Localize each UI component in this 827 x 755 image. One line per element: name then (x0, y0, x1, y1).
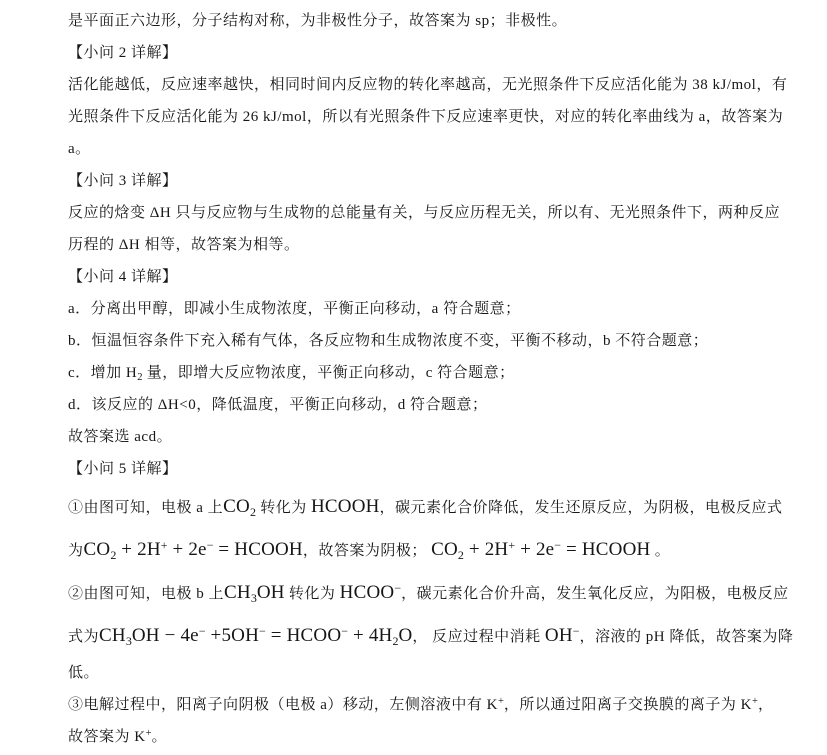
text-run: a．分离出甲醇，即减小生成物浓度，平衡正向移动，a 符合题意； (68, 301, 521, 317)
formula-run: + 4H (348, 625, 392, 646)
doc-line: 式为CH3OH − 4e− +5OH− = HCOO− + 4H2O， 反应过程… (68, 614, 765, 657)
formula-run: + 2H (464, 539, 508, 560)
text-run: 【小问 3 详解】 (68, 173, 178, 189)
text-run: 转化为 (256, 500, 311, 516)
doc-line: 低。 (68, 657, 765, 689)
section-heading: 【小问 5 详解】 (68, 453, 765, 485)
text-run: 历程的 ΔH 相等，故答案为相等。 (68, 237, 299, 253)
text-run: ，所以通过阳离子交换膜的离子为 K (504, 697, 752, 713)
formula-run: HCOOH (311, 496, 380, 517)
text-run: 【小问 5 详解】 (68, 461, 178, 477)
superscript-run: + (752, 696, 758, 707)
text-run: 量，即增大反应物浓度，平衡正向移动，c 符合题意； (143, 365, 515, 381)
formula-run: CH (224, 582, 251, 603)
formula-run: − (259, 624, 266, 638)
doc-line: ③电解过程中，阳离子向阴极（电极 a）移动，左侧溶液中有 K+，所以通过阳离子交… (68, 689, 765, 721)
text-run: ，碳元素化合价降低，发生还原反应，为阴极，电极反应式 (380, 500, 783, 516)
doc-line: b．恒温恒容条件下充入稀有气体，各反应物和生成物浓度不变，平衡不移动，b 不符合… (68, 325, 765, 357)
formula-run: CH (99, 625, 126, 646)
text-run: 【小问 4 详解】 (68, 269, 178, 285)
text-run: 低。 (68, 665, 99, 681)
doc-line: c．增加 H2 量，即增大反应物浓度，平衡正向移动，c 符合题意； (68, 357, 765, 389)
doc-line: ②由图可知，电极 b 上CH3OH 转化为 HCOO−，碳元素化合价升高，发生氧… (68, 571, 765, 614)
text-run: 为 (68, 543, 84, 559)
formula-run: HCOO (340, 582, 395, 603)
formula-run: − (341, 624, 348, 638)
formula-run: +5OH (206, 625, 259, 646)
formula-run: + 2H (116, 539, 160, 560)
formula-run: − (207, 538, 214, 552)
doc-line: ①由图可知，电极 a 上CO2 转化为 HCOOH，碳元素化合价降低，发生还原反… (68, 485, 765, 528)
doc-line: 光照条件下反应活化能为 26 kJ/mol，所以有光照条件下反应速率更快，对应的… (68, 101, 765, 133)
text-run: 是平面正六边形，分子结构对称，为非极性分子，故答案为 sp；非极性。 (68, 13, 567, 29)
text-run: 故答案选 acd。 (68, 429, 172, 445)
doc-line: 为CO2 + 2H+ + 2e− = HCOOH，故答案为阴极； CO2 + 2… (68, 528, 765, 571)
formula-run: 2 (392, 634, 398, 648)
text-run: 故答案为 K (68, 729, 146, 745)
text-run: 【小问 2 详解】 (68, 45, 178, 61)
text-run: ， 反应过程中消耗 (412, 629, 545, 645)
page-background: { "page": { "background": "#ffffff", "te… (0, 0, 827, 755)
formula-run: = HCOOH (213, 539, 302, 560)
text-run: b．恒温恒容条件下充入稀有气体，各反应物和生成物浓度不变，平衡不移动，b 不符合… (68, 333, 708, 349)
text-run: 活化能越低，反应速率越快，相同时间内反应物的转化率越高，无光照条件下反应活化能为… (68, 77, 787, 93)
formula-run: OH (257, 582, 285, 603)
formula-run: − (554, 538, 561, 552)
formula-run: = HCOO (266, 625, 341, 646)
formula-run: 3 (251, 591, 257, 605)
doc-line: 是平面正六边形，分子结构对称，为非极性分子，故答案为 sp；非极性。 (68, 5, 765, 37)
section-heading: 【小问 2 详解】 (68, 37, 765, 69)
formula-run: CO (431, 539, 458, 560)
formula-run: = HCOOH (561, 539, 650, 560)
text-run: ②由图可知，电极 b 上 (68, 586, 224, 602)
doc-line: a。 (68, 133, 765, 165)
text-run: ，故答案为阴极； (303, 543, 431, 559)
formula-run: CO (84, 539, 111, 560)
text-run: ， (758, 697, 774, 713)
text-run: 式为 (68, 629, 99, 645)
formula-run: + 2e (515, 539, 554, 560)
text-run: 。 (650, 543, 670, 559)
superscript-run: + (498, 696, 504, 707)
formula-run: + 2e (168, 539, 207, 560)
text-run: c．增加 H (68, 365, 137, 381)
text-run: d．该反应的 ΔH<0，降低温度，平衡正向移动，d 符合题意； (68, 397, 487, 413)
formula-run: 3 (126, 634, 132, 648)
text-run: ③电解过程中，阳离子向阴极（电极 a）移动，左侧溶液中有 K (68, 697, 498, 713)
formula-run: − (573, 624, 580, 638)
formula-run: CO (223, 496, 250, 517)
formula-run: 2 (458, 548, 464, 562)
formula-run: OH − 4e (132, 625, 199, 646)
formula-run: + (508, 538, 515, 552)
formula-run: 2 (250, 505, 256, 519)
formula-run: O (398, 625, 412, 646)
section-heading: 【小问 3 详解】 (68, 165, 765, 197)
doc-line: 历程的 ΔH 相等，故答案为相等。 (68, 229, 765, 261)
text-run: ，碳元素化合价升高，发生氧化反应，为阳极，电极反应 (401, 586, 789, 602)
text-run: 光照条件下反应活化能为 26 kJ/mol，所以有光照条件下反应速率更快，对应的… (68, 109, 783, 125)
text-run: 。 (152, 729, 168, 745)
text-run: 转化为 (285, 586, 340, 602)
formula-run: − (394, 581, 401, 595)
doc-line: 故答案为 K+。 (68, 721, 765, 753)
text-run: ①由图可知，电极 a 上 (68, 500, 223, 516)
doc-line: d．该反应的 ΔH<0，降低温度，平衡正向移动，d 符合题意； (68, 389, 765, 421)
section-heading: 【小问 4 详解】 (68, 261, 765, 293)
formula-run: − (199, 624, 206, 638)
formula-run: OH (545, 625, 573, 646)
text-run: ，溶液的 pH 降低，故答案为降 (580, 629, 794, 645)
text-run: a。 (68, 141, 91, 157)
doc-line: 故答案选 acd。 (68, 421, 765, 453)
formula-run: 2 (110, 548, 116, 562)
document-body: 是平面正六边形，分子结构对称，为非极性分子，故答案为 sp；非极性。【小问 2 … (0, 0, 827, 753)
doc-line: 活化能越低，反应速率越快，相同时间内反应物的转化率越高，无光照条件下反应活化能为… (68, 69, 765, 101)
doc-line: a．分离出甲醇，即减小生成物浓度，平衡正向移动，a 符合题意； (68, 293, 765, 325)
subscript-run: 2 (137, 372, 142, 383)
doc-line: 反应的焓变 ΔH 只与反应物与生成物的总能量有关，与反应历程无关，所以有、无光照… (68, 197, 765, 229)
formula-run: + (161, 538, 168, 552)
text-run: 反应的焓变 ΔH 只与反应物与生成物的总能量有关，与反应历程无关，所以有、无光照… (68, 205, 780, 221)
superscript-run: + (146, 728, 152, 739)
